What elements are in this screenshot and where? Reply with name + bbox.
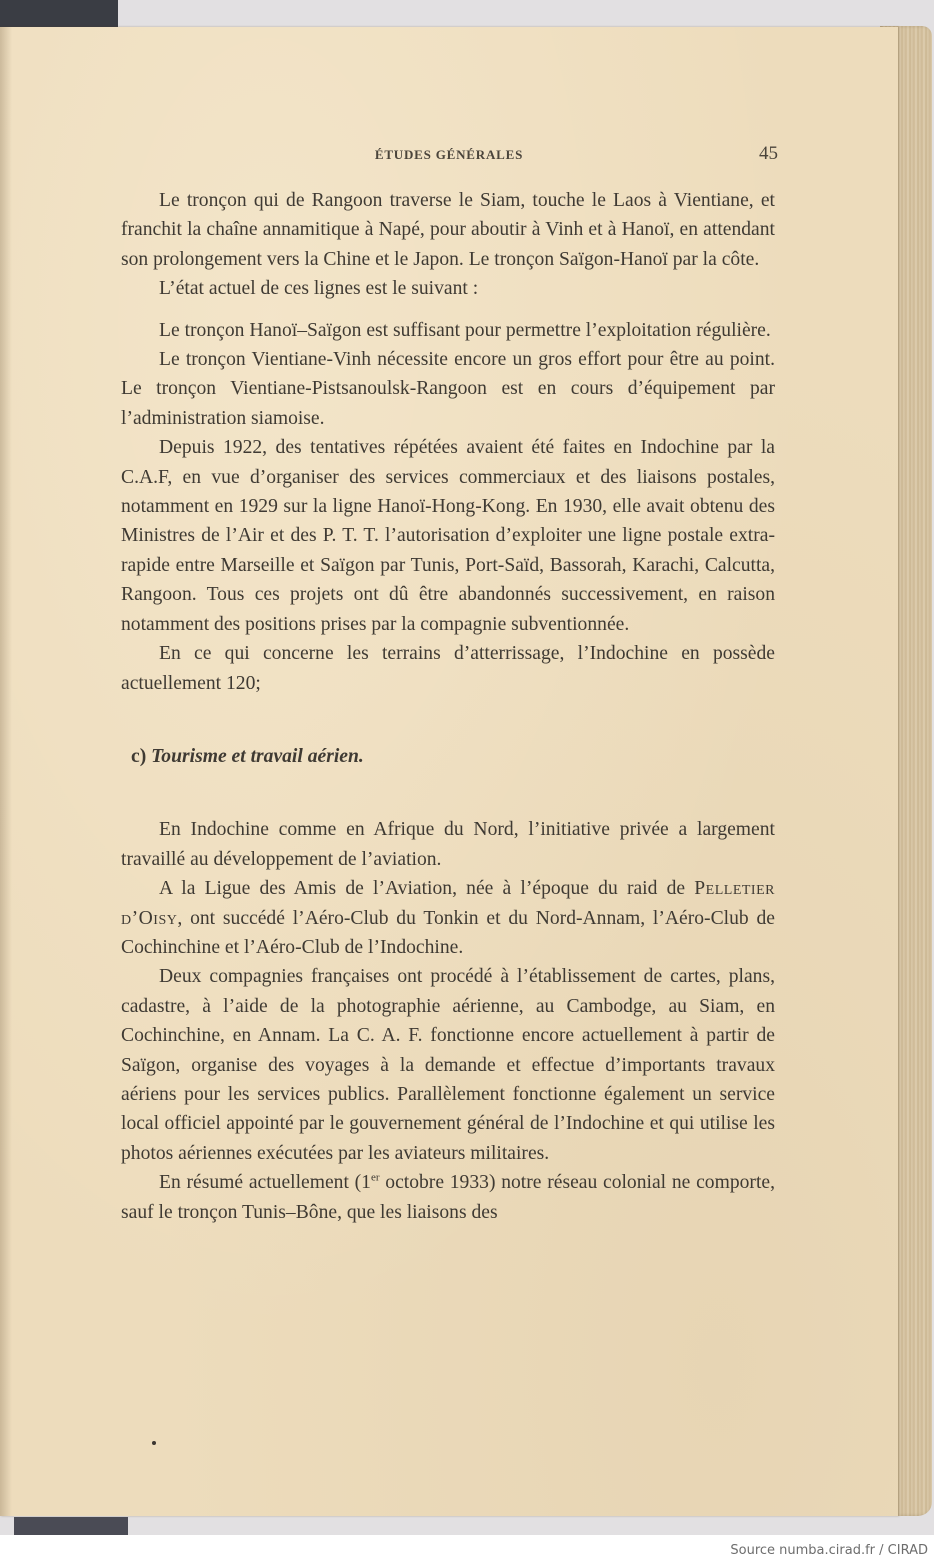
spacer: [121, 698, 775, 742]
running-title: ÉTUDES GÉNÉRALES: [120, 147, 778, 163]
section-title: Tourisme et travail aérien.: [151, 746, 364, 767]
paragraph-aerial-photography: Deux compagnies françaises ont procédé à…: [121, 962, 775, 1168]
running-header: ÉTUDES GÉNÉRALES 45: [120, 143, 778, 167]
paragraph-aero-clubs: A la Ligue des Amis de l’Aviation, née à…: [121, 874, 775, 962]
paragraph-private-initiative: En Indochine comme en Afrique du Nord, l…: [121, 815, 775, 874]
body-text: Le tronçon qui de Rangoon traverse le Si…: [121, 186, 775, 1227]
spacer: [121, 304, 775, 316]
paragraph-summary: En résumé actuellement (1er octobre 1933…: [121, 1168, 775, 1227]
paragraph-hanoi-saigon: Le tronçon Hanoï–Saïgon est suffisant po…: [121, 316, 775, 345]
superscript: er: [371, 1172, 380, 1184]
source-credit: Source numba.cirad.fr / CIRAD: [730, 1543, 928, 1558]
gutter-shadow: [0, 27, 12, 1516]
text-run: A la Ligue des Amis de l’Aviation, née à…: [159, 878, 694, 899]
section-marker: c): [131, 746, 146, 767]
section-heading: c) Tourisme et travail aérien.: [121, 742, 775, 771]
scanner-clip-top: [0, 0, 118, 28]
paragraph-state-intro: L’état actuel de ces lignes est le suiva…: [121, 274, 775, 303]
paragraph-route-description: Le tronçon qui de Rangoon traverse le Si…: [121, 186, 775, 274]
ink-speck: [152, 1441, 156, 1445]
text-run: , ont succédé l’Aéro-Club du Tonkin et d…: [121, 908, 775, 958]
paragraph-landing-fields: En ce qui concerne les terrains d’atterr…: [121, 639, 775, 698]
paragraph-caf-history: Depuis 1922, des tentatives répétées ava…: [121, 433, 775, 639]
page-number: 45: [759, 143, 778, 165]
spacer: [121, 771, 775, 815]
text-run: En résumé actuellement (1: [159, 1172, 371, 1193]
paragraph-vientiane-vinh: Le tronçon Vientiane-Vinh nécessite enco…: [121, 345, 775, 433]
scanner-clip-bottom: [14, 1517, 128, 1535]
